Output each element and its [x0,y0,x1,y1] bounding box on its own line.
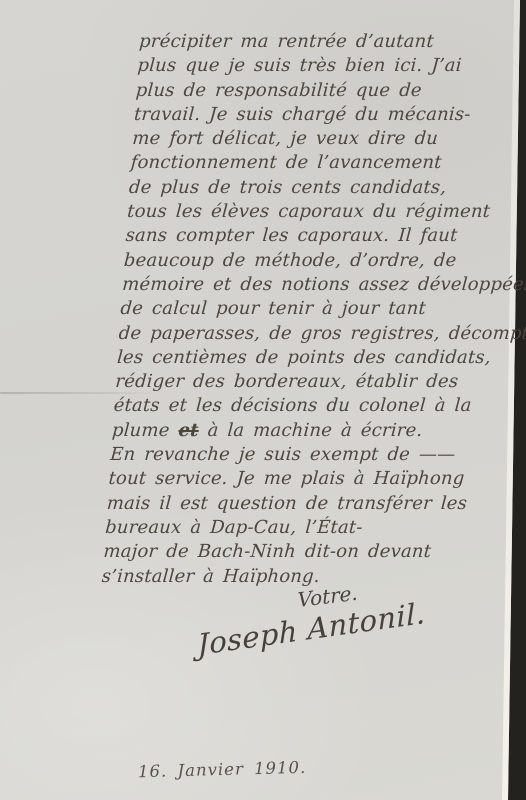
handwritten-line: fonctionnement de l’avancement [130,151,504,175]
handwritten-line: beaucoup de méthode, d’ordre, de [123,249,497,273]
handwritten-line: mémoire et des notions assez développées [121,273,495,297]
handwritten-line: états et les décisions du colonel à la [113,394,487,418]
line-segment: plume [111,420,179,441]
handwritten-line: tous les élèves caporaux du régiment [126,200,500,224]
scanned-letter-photo: précipiter ma rentrée d’autant plus que … [0,0,526,800]
line-segment: à la machine à écrire. [198,420,423,441]
handwritten-line: les centièmes de points des candidats, [116,346,490,370]
handwritten-line: précipiter ma rentrée d’autant [138,30,512,54]
handwritten-line-with-strikeout: plume et à la machine à écrire. [111,419,485,443]
strikethrough-word: et [178,420,200,441]
handwritten-line: plus que je suis très bien ici. J’ai [137,54,511,78]
handwritten-line: rédiger des bordereaux, établir des [115,370,489,394]
letter-body: précipiter ma rentrée d’autant plus que … [101,30,512,589]
handwritten-line: s’installer à Haïphong. [101,565,475,589]
handwritten-line: de calcul pour tenir à jour tant [120,297,494,321]
handwritten-line: bureaux à Dap-Cau, l’État- [104,516,478,540]
handwritten-line: de paperasses, de gros registres, décomp… [118,322,492,346]
handwritten-line: de plus de trois cents candidats, [128,176,502,200]
handwritten-line: sans compter les caporaux. Il faut [125,224,499,248]
handwritten-line: tout service. Je me plais à Haïphong [108,467,482,491]
handwritten-line: me fort délicat, je veux dire du [132,127,506,151]
handwritten-line: En revanche je suis exempt de —— [109,443,483,467]
handwritten-line: mais il est question de transférer les [106,492,480,516]
handwritten-line: major de Bach-Ninh dit-on devant [103,540,477,564]
handwritten-line: plus de responsabilité que de [135,79,509,103]
handwritten-line: travail. Je suis chargé du mécanis- [133,103,507,127]
